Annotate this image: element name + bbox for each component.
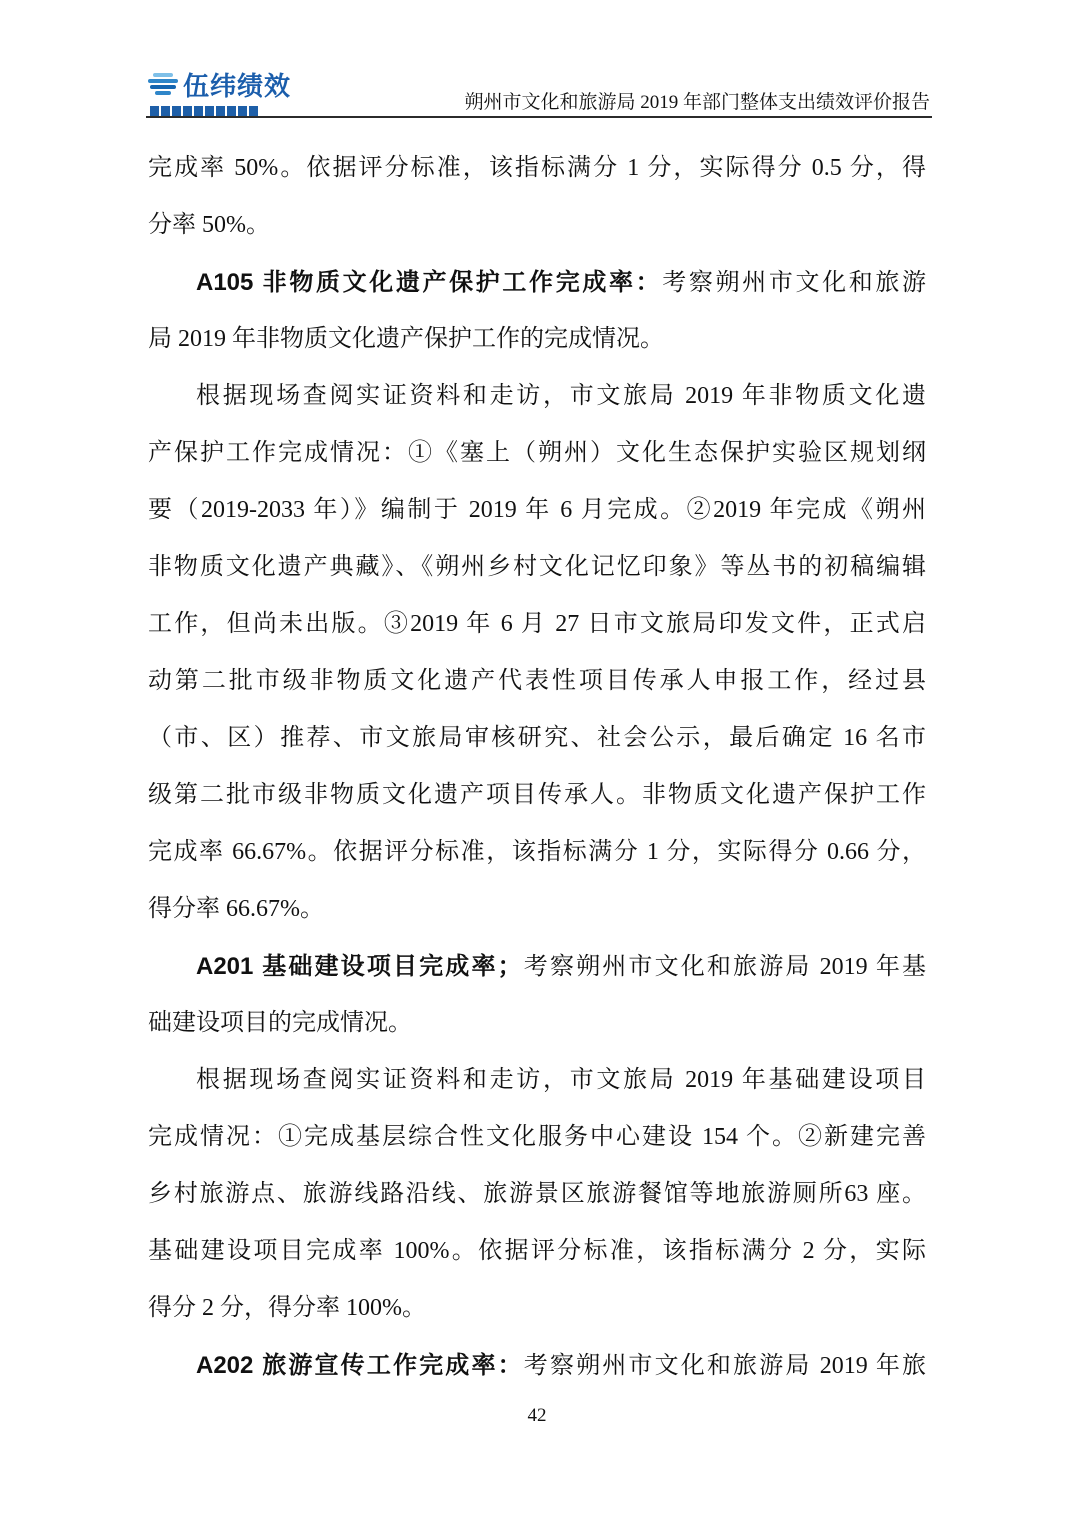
- text-line: 完成情况：①完成基层综合性文化服务中心建设 154 个。②新建完善: [148, 1109, 926, 1166]
- tagline-square: [150, 106, 159, 116]
- line-text: 基础建设项目完成率 100%。依据评分标准，该指标满分 2 分，实际: [148, 1238, 926, 1264]
- line-text: 得分 2 分，得分率 100%。: [148, 1295, 426, 1321]
- logo-tagline-strip: [150, 106, 291, 116]
- text-line: A202 旅游宣传工作完成率：考察朔州市文化和旅游局 2019 年旅: [148, 1337, 926, 1394]
- text-line: 乡村旅游点、旅游线路沿线、旅游景区旅游餐馆等地旅游厕所63 座。: [148, 1166, 926, 1223]
- tagline-square: [161, 106, 170, 116]
- brand-logo: 伍纬绩效: [148, 66, 291, 116]
- line-text: 非物质文化遗产典藏》、《朔州乡村文化记忆印象》等丛书的初稿编辑: [148, 554, 926, 580]
- text-line: 得分率 66.67%。: [148, 881, 926, 938]
- logo-text: 伍纬绩效: [183, 66, 291, 103]
- text-line: 要（2019-2033 年）》编制于 2019 年 6 月完成。②2019 年完…: [148, 482, 926, 539]
- line-text: 考察朔州市文化和旅游: [662, 270, 926, 296]
- tagline-square: [172, 106, 181, 116]
- text-line: 础建设项目的完成情况。: [148, 995, 926, 1052]
- tagline-square: [216, 106, 225, 116]
- line-text: 要（2019-2033 年）》编制于 2019 年 6 月完成。②2019 年完…: [148, 497, 926, 523]
- line-text: （市、区）推荐、市文旅局审核研究、社会公示，最后确定 16 名市: [148, 725, 926, 751]
- indicator-heading-bold: A202 旅游宣传工作完成率：: [196, 1352, 524, 1379]
- tagline-square: [183, 106, 192, 116]
- text-line: 动第二批市级非物质文化遗产代表性项目传承人申报工作，经过县: [148, 653, 926, 710]
- page-header: 伍纬绩效 朔州市文化和旅游局 2019 年部门整体支出绩效评价报告: [148, 66, 930, 116]
- line-text: 完成率 50%。依据评分标准，该指标满分 1 分，实际得分 0.5 分，得: [148, 155, 926, 181]
- text-line: 根据现场查阅实证资料和走访，市文旅局 2019 年基础建设项目: [148, 1052, 926, 1109]
- line-text: 级第二批市级非物质文化遗产项目传承人。非物质文化遗产保护工作: [148, 782, 926, 808]
- text-line: A105 非物质文化遗产保护工作完成率：考察朔州市文化和旅游: [148, 254, 926, 311]
- line-text: 根据现场查阅实证资料和走访，市文旅局 2019 年非物质文化遗: [196, 383, 926, 409]
- line-text: 动第二批市级非物质文化遗产代表性项目传承人申报工作，经过县: [148, 668, 926, 694]
- header-rule: [146, 116, 932, 118]
- header-report-title: 朔州市文化和旅游局 2019 年部门整体支出绩效评价报告: [464, 87, 930, 116]
- logo-globe-icon: [148, 73, 178, 97]
- line-text: 考察朔州市文化和旅游局 2019 年旅: [524, 1353, 926, 1379]
- tagline-square: [238, 106, 247, 116]
- text-line: 局 2019 年非物质文化遗产保护工作的完成情况。: [148, 311, 926, 368]
- tagline-square: [194, 106, 203, 116]
- text-line: 基础建设项目完成率 100%。依据评分标准，该指标满分 2 分，实际: [148, 1223, 926, 1280]
- line-text: 完成情况：①完成基层综合性文化服务中心建设 154 个。②新建完善: [148, 1124, 926, 1150]
- indicator-heading-bold: A201 基础建设项目完成率；: [196, 953, 522, 980]
- line-text: 根据现场查阅实证资料和走访，市文旅局 2019 年基础建设项目: [196, 1067, 926, 1093]
- text-line: 非物质文化遗产典藏》、《朔州乡村文化记忆印象》等丛书的初稿编辑: [148, 539, 926, 596]
- text-line: （市、区）推荐、市文旅局审核研究、社会公示，最后确定 16 名市: [148, 710, 926, 767]
- document-page: 伍纬绩效 朔州市文化和旅游局 2019 年部门整体支出绩效评价报告 完成率 50…: [0, 0, 1074, 1520]
- text-line: 得分 2 分，得分率 100%。: [148, 1280, 926, 1337]
- text-line: A201 基础建设项目完成率；考察朔州市文化和旅游局 2019 年基: [148, 938, 926, 995]
- line-text: 产保护工作完成情况：①《塞上（朔州）文化生态保护实验区规划纲: [148, 440, 926, 466]
- line-text: 础建设项目的完成情况。: [148, 1010, 412, 1036]
- page-number: 42: [528, 1405, 547, 1426]
- line-text: 得分率 66.67%。: [148, 896, 324, 922]
- text-line: 分率 50%。: [148, 197, 926, 254]
- indicator-heading-bold: A105 非物质文化遗产保护工作完成率：: [196, 269, 662, 296]
- line-text: 完成率 66.67%。依据评分标准，该指标满分 1 分，实际得分 0.66 分，: [148, 839, 926, 865]
- document-body: 完成率 50%。依据评分标准，该指标满分 1 分，实际得分 0.5 分，得分率 …: [148, 140, 926, 1394]
- tagline-square: [227, 106, 236, 116]
- tagline-square: [249, 106, 258, 116]
- page-footer: 42: [0, 1405, 1074, 1427]
- text-line: 根据现场查阅实证资料和走访，市文旅局 2019 年非物质文化遗: [148, 368, 926, 425]
- line-text: 考察朔州市文化和旅游局 2019 年基: [522, 954, 926, 980]
- line-text: 工作，但尚未出版。③2019 年 6 月 27 日市文旅局印发文件，正式启: [148, 611, 926, 637]
- line-text: 局 2019 年非物质文化遗产保护工作的完成情况。: [148, 326, 664, 352]
- text-line: 完成率 66.67%。依据评分标准，该指标满分 1 分，实际得分 0.66 分，: [148, 824, 926, 881]
- line-text: 分率 50%。: [148, 212, 270, 238]
- text-line: 工作，但尚未出版。③2019 年 6 月 27 日市文旅局印发文件，正式启: [148, 596, 926, 653]
- text-line: 完成率 50%。依据评分标准，该指标满分 1 分，实际得分 0.5 分，得: [148, 140, 926, 197]
- tagline-square: [205, 106, 214, 116]
- text-line: 产保护工作完成情况：①《塞上（朔州）文化生态保护实验区规划纲: [148, 425, 926, 482]
- text-line: 级第二批市级非物质文化遗产项目传承人。非物质文化遗产保护工作: [148, 767, 926, 824]
- line-text: 乡村旅游点、旅游线路沿线、旅游景区旅游餐馆等地旅游厕所63 座。: [148, 1181, 926, 1207]
